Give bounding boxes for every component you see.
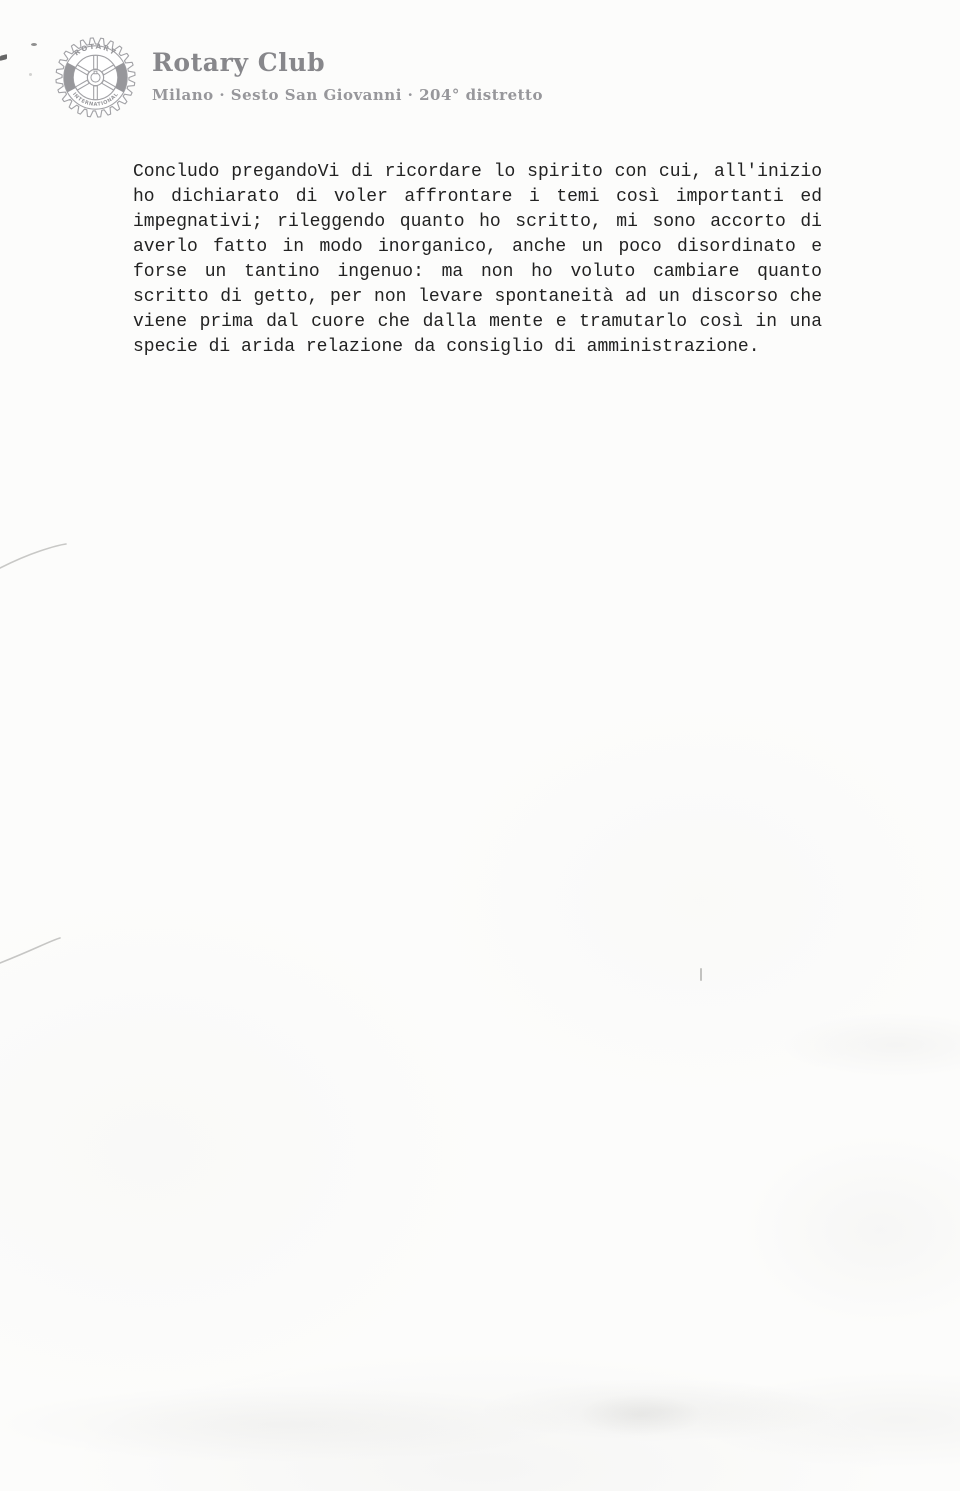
scan-artifact-curve: [0, 538, 80, 583]
club-subtitle: Milano · Sesto San Giovanni · 204° distr…: [152, 87, 543, 104]
text-line: specie di arida relazione da consiglio d…: [133, 335, 822, 360]
letterhead: ROTARYINTERNATIONAL Rotary Club Milano ·…: [0, 0, 960, 140]
scanned-letter-page: ROTARYINTERNATIONAL Rotary Club Milano ·…: [0, 0, 960, 1491]
text-line: Concludo pregandoVi di ricordare lo spir…: [133, 160, 822, 185]
text-line: ho dichiarato di voler affrontare i temi…: [133, 185, 822, 210]
text-line: forse un tantino ingenuo: ma non ho volu…: [133, 260, 822, 285]
letter-body: Concludo pregandoVi di ricordare lo spir…: [133, 160, 822, 360]
text-line: averlo fatto in modo inorganico, anche u…: [133, 235, 822, 260]
scan-artifact-curve: [0, 934, 80, 979]
text-line: viene prima dal cuore che dalla mente e …: [133, 310, 822, 335]
scan-artifact-tick: [700, 968, 702, 981]
rotary-wheel-icon: ROTARYINTERNATIONAL: [46, 28, 145, 127]
text-line: scritto di getto, per non levare spontan…: [133, 285, 822, 310]
text-line: impegnativi; rileggendo quanto ho scritt…: [133, 210, 822, 235]
club-title: Rotary Club: [152, 50, 325, 75]
